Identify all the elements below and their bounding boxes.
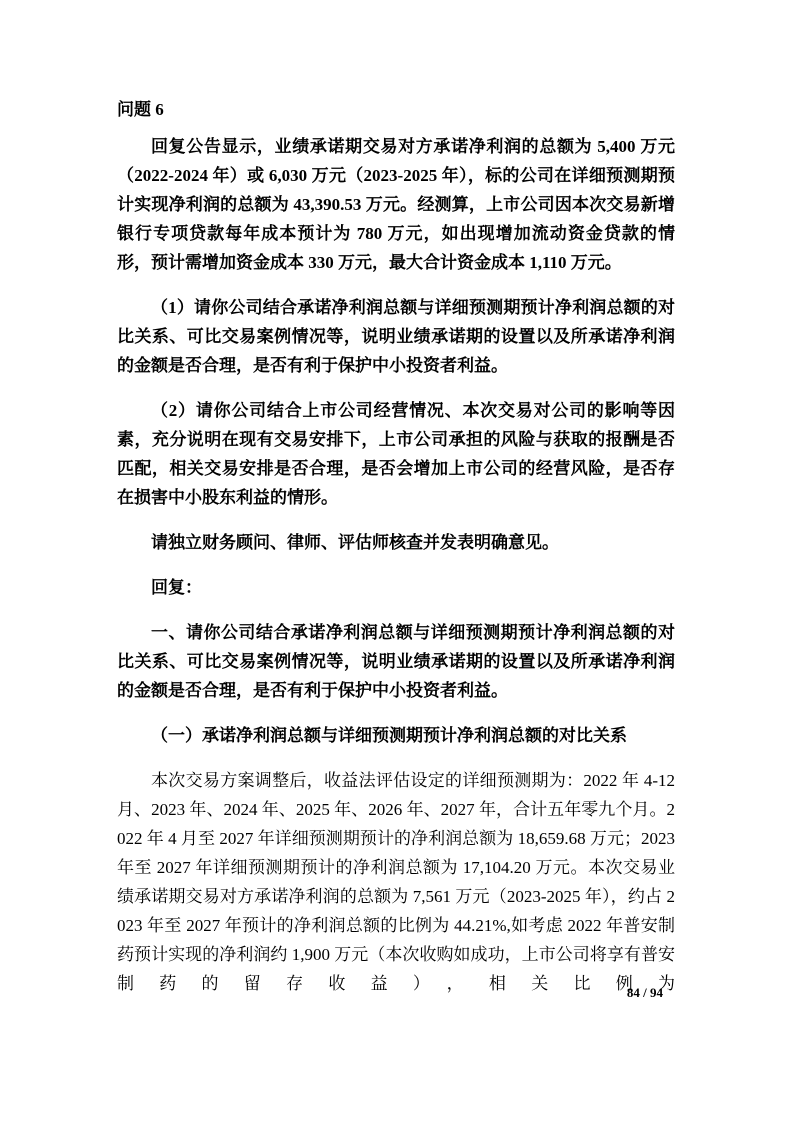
section-1-heading: （一）承诺净利润总额与详细预测期预计净利润总额的对比关系 [117,721,675,750]
page-number: 84 / 94 [627,984,663,1002]
paragraph-verification-request: 请独立财务顾问、律师、评估师核查并发表明确意见。 [117,528,675,557]
paragraph-announcement-summary: 回复公告显示，业绩承诺期交易对方承诺净利润的总额为 5,400 万元（2022-… [117,132,675,277]
paragraph-question-1: （1）请你公司结合承诺净利润总额与详细预测期预计净利润总额的对比关系、可比交易案… [117,293,675,380]
question-heading: 问题 6 [117,95,675,124]
document-page: 问题 6 回复公告显示，业绩承诺期交易对方承诺净利润的总额为 5,400 万元（… [0,0,793,1122]
paragraph-question-2: （2）请你公司结合上市公司经营情况、本次交易对公司的影响等因素，充分说明在现有交… [117,396,675,512]
paragraph-reply-restated-question-1: 一、请你公司结合承诺净利润总额与详细预测期预计净利润总额的对比关系、可比交易案例… [117,618,675,705]
paragraph-section-1-body: 本次交易方案调整后，收益法评估设定的详细预测期为：2022 年 4-12 月、2… [117,766,675,998]
paragraph-reply-label: 回复： [117,573,675,602]
